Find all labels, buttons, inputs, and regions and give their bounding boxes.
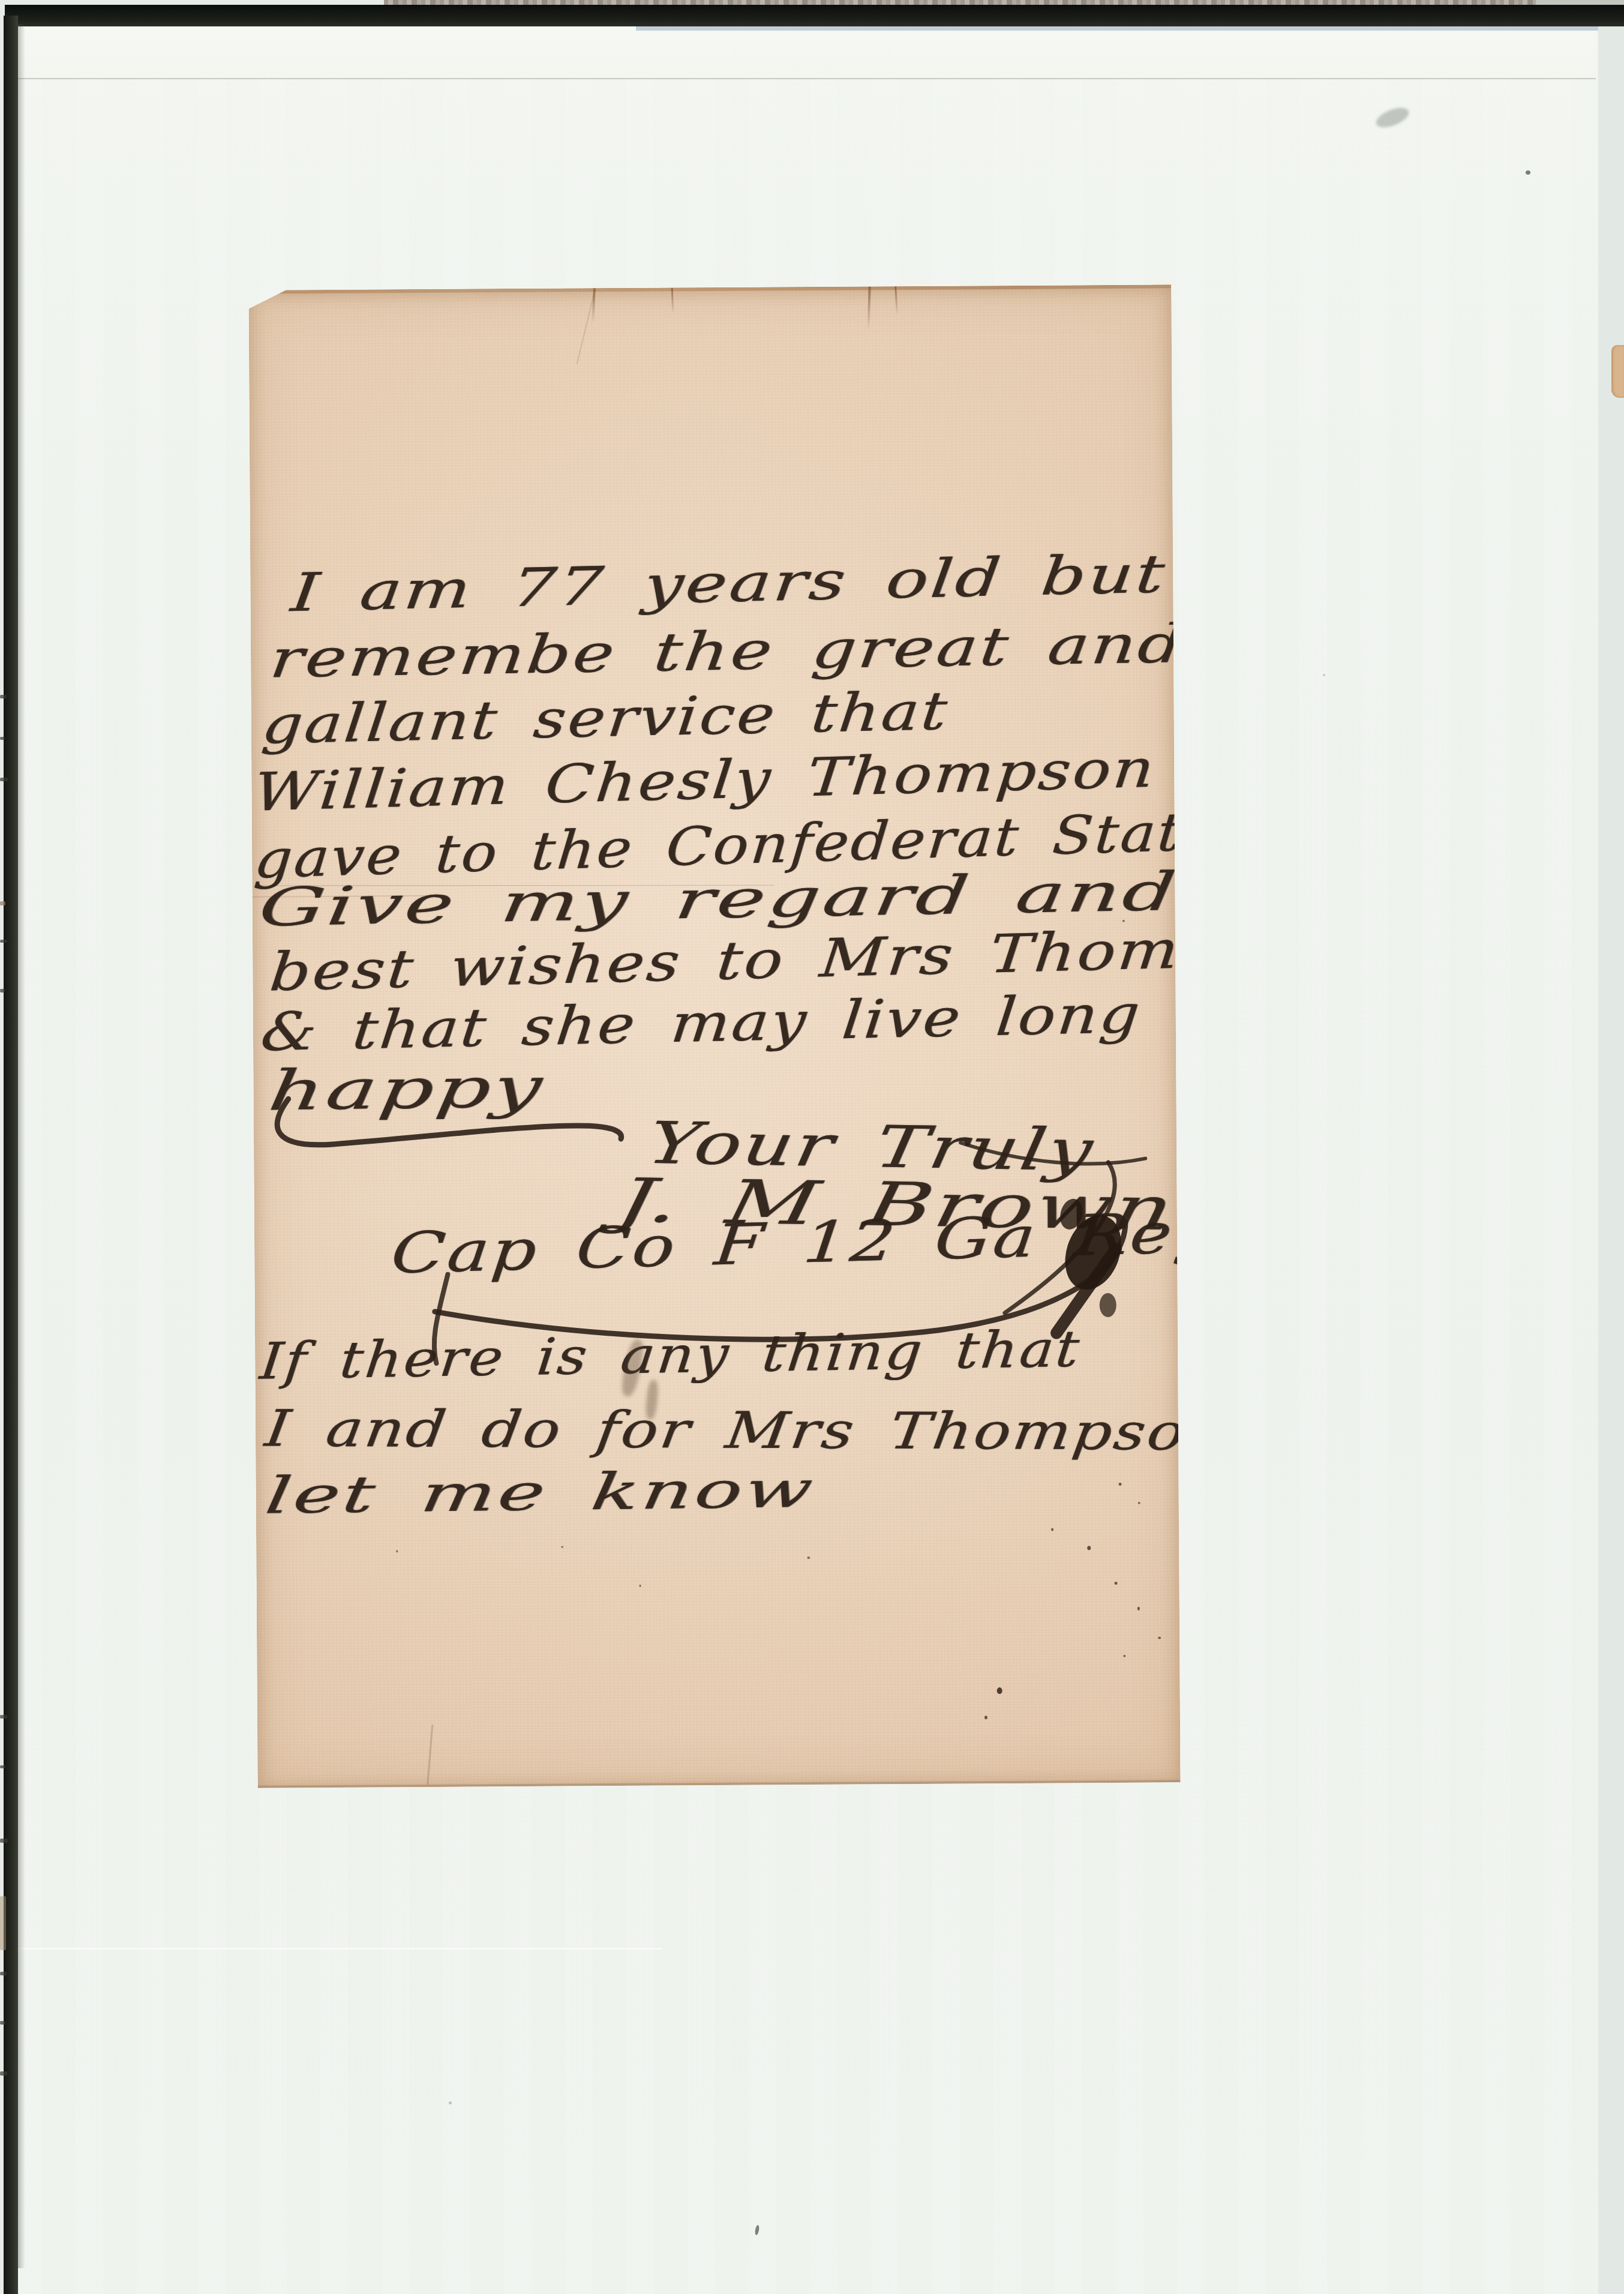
ink-speck xyxy=(1138,1502,1140,1504)
flourish-cap-descender xyxy=(434,1275,448,1363)
left-edge-fray-mark xyxy=(0,940,7,943)
scanned-letter-page: I am 77 years old but remembe the great … xyxy=(0,0,1624,2294)
left-edge-fray-mark xyxy=(0,737,5,740)
scan-left-edge-bar xyxy=(4,16,18,2294)
flourish-signature-underline xyxy=(434,1222,1126,1342)
left-edge-fray-mark xyxy=(0,901,5,905)
ink-speck xyxy=(640,1585,641,1587)
left-edge-fray-mark xyxy=(0,989,5,992)
ink-speck xyxy=(1137,1607,1140,1611)
letter-paper: I am 77 years old but remembe the great … xyxy=(248,284,1180,1788)
ink-speck xyxy=(1115,1582,1118,1585)
left-edge-fray-mark xyxy=(0,2071,7,2076)
left-edge-fray-mark xyxy=(0,1765,5,1768)
ink-speck xyxy=(561,1546,563,1548)
ink-speck xyxy=(396,1550,398,1552)
backing-sheet-top-strip xyxy=(14,26,1596,79)
ink-blot xyxy=(1100,1293,1116,1317)
ink-speck xyxy=(984,1716,987,1719)
dust-speck xyxy=(449,2101,452,2104)
ink-speck xyxy=(1051,1528,1053,1531)
left-edge-fray-mark xyxy=(0,1839,8,1843)
ink-speck xyxy=(1122,920,1125,922)
scan-top-edge-bar xyxy=(5,5,1624,26)
left-edge-fray-mark xyxy=(0,778,8,781)
flourish-truly-tail xyxy=(960,1142,1145,1165)
left-edge-fray-mark xyxy=(0,1972,7,1975)
scan-left-edge-shadow xyxy=(18,24,25,2268)
flourish-happy-swash xyxy=(277,1097,622,1145)
left-edge-fray-mark xyxy=(0,2021,5,2025)
ink-speck xyxy=(1087,1546,1091,1550)
dust-speck xyxy=(1526,170,1530,175)
left-edge-fray-mark xyxy=(0,695,7,698)
ink-speck xyxy=(807,1557,810,1559)
scan-top-blue-line xyxy=(636,26,1598,31)
stray-paper-sliver xyxy=(1611,345,1624,398)
ink-speck xyxy=(1158,1636,1161,1639)
ink-speck xyxy=(1123,1655,1125,1657)
dust-speck xyxy=(1323,674,1325,676)
ink-speck xyxy=(1119,1483,1122,1486)
ink-flourishes xyxy=(248,284,1180,1788)
backing-sheet-crease xyxy=(14,1948,662,1950)
left-edge-fray-mark xyxy=(0,1715,7,1719)
ink-speck xyxy=(997,1687,1002,1694)
left-edge-fray-mark xyxy=(0,1896,6,1950)
